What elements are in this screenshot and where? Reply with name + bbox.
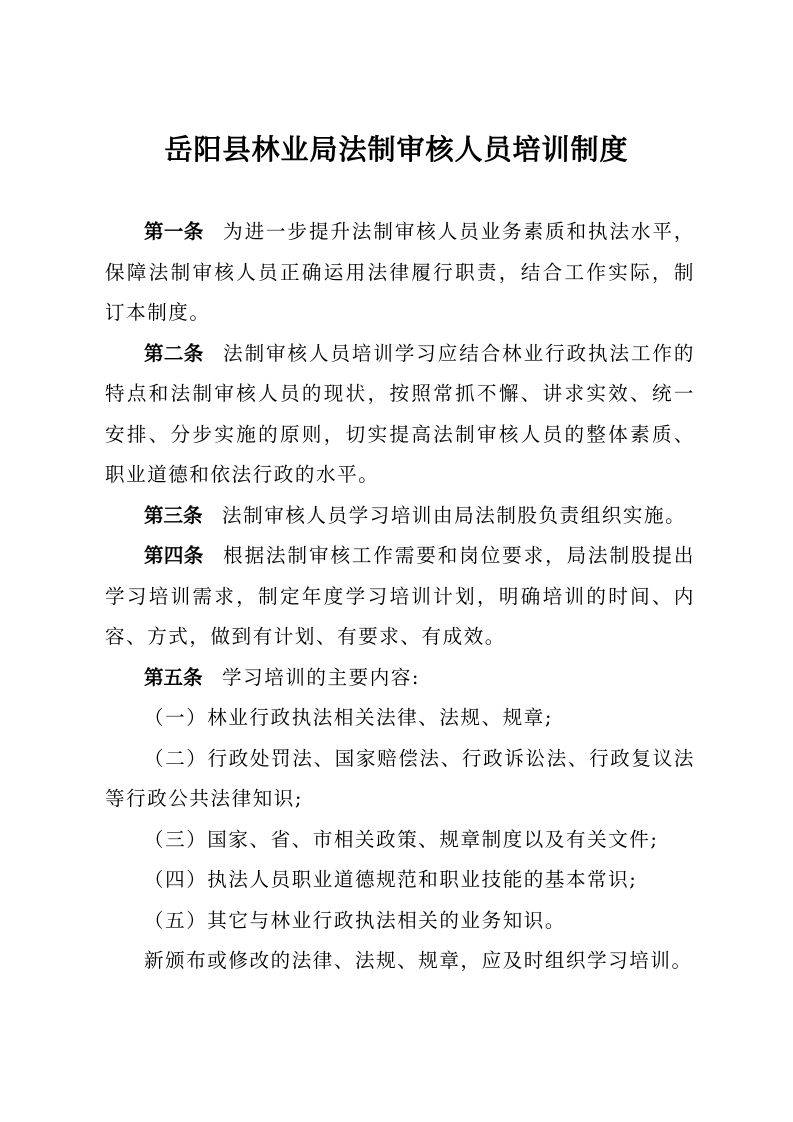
- content-item-5: （五）其它与林业行政执法相关的业务知识。: [105, 901, 695, 942]
- article-label: 第一条: [144, 220, 204, 243]
- article-1: 第一条为进一步提升法制审核人员业务素质和执法水平，保障法制审核人员正确运用法律履…: [105, 212, 695, 334]
- article-2: 第二条法制审核人员培训学习应结合林业行政执法工作的特点和法制审核人员的现状，按照…: [105, 334, 695, 496]
- content-item-1: （一）林业行政执法相关法律、法规、规章;: [105, 698, 695, 739]
- document-title: 岳阳县林业局法制审核人员培训制度: [0, 130, 793, 170]
- article-4: 第四条根据法制审核工作需要和岗位要求，局法制股提出学习培训需求，制定年度学习培训…: [105, 536, 695, 658]
- document-page: 岳阳县林业局法制审核人员培训制度 第一条为进一步提升法制审核人员业务素质和执法水…: [0, 0, 793, 1122]
- document-body: 第一条为进一步提升法制审核人员业务素质和执法水平，保障法制审核人员正确运用法律履…: [105, 212, 695, 982]
- content-item-3: （三）国家、省、市相关政策、规章制度以及有关文件;: [105, 820, 695, 861]
- article-3: 第三条法制审核人员学习培训由局法制股负责组织实施。: [105, 496, 695, 537]
- article-label: 第三条: [144, 504, 203, 527]
- article-5: 第五条学习培训的主要内容:: [105, 658, 695, 699]
- article-label: 第二条: [144, 342, 204, 365]
- article-text: 学习培训的主要内容:: [222, 666, 420, 689]
- article-text: 法制审核人员学习培训由局法制股负责组织实施。: [222, 504, 686, 527]
- article-label: 第五条: [144, 666, 203, 689]
- closing-note: 新颁布或修改的法律、法规、规章，应及时组织学习培训。: [105, 941, 695, 982]
- content-item-4: （四）执法人员职业道德规范和职业技能的基本常识;: [105, 860, 695, 901]
- article-label: 第四条: [144, 544, 204, 567]
- content-item-2: （二）行政处罚法、国家赔偿法、行政诉讼法、行政复议法等行政公共法律知识;: [105, 739, 695, 820]
